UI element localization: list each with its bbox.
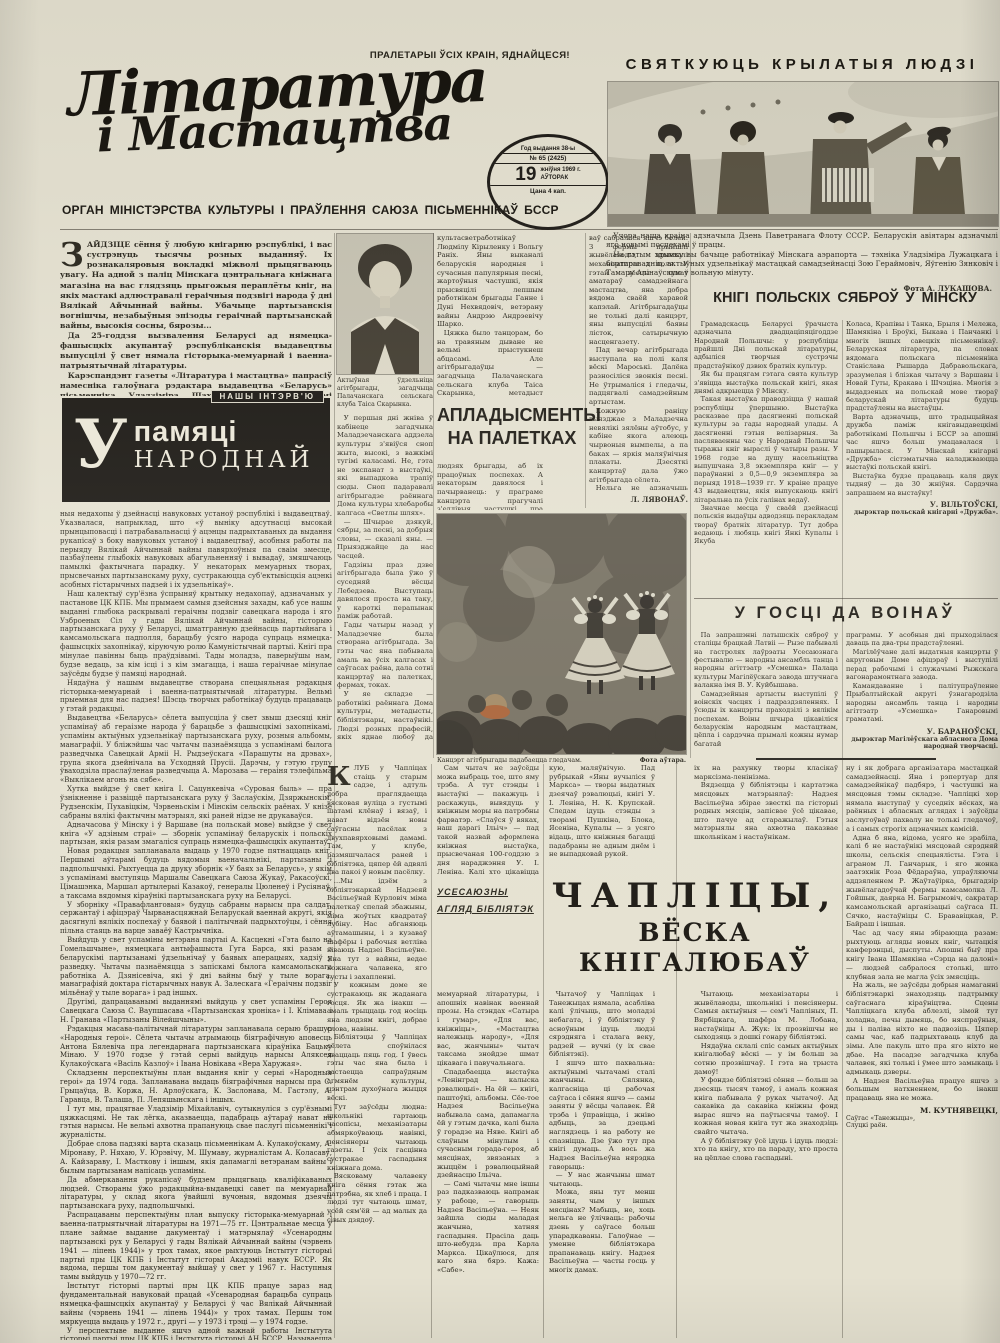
applause-headline: АПЛАДЫСМЕНТЫ НА ПАЛЕТКАХ — [437, 404, 587, 449]
chaplitsy-col-d-bottom: Чытаюць механізатары і жывёлаводы, школь… — [694, 990, 838, 1340]
soldiers-col-right: праграмы. У асобныя дні прыходзілася дав… — [846, 631, 998, 755]
interview-lead: ЗАЙДЗІЦЕ сёння ў любую кнігарню рэспублі… — [60, 240, 332, 396]
title-line2: і Мастацтва — [96, 98, 499, 158]
column-rule — [842, 320, 843, 1338]
polish-books-text: Коласа, Крапівы і Танка, Брыля і Мележа,… — [846, 320, 998, 497]
chaplitsy-col-c-bottom: Чытачоў у Чапліцах і Танежыцах нямала, а… — [549, 990, 655, 1340]
interview-lead-first: АЙДЗІЦЕ сёння ў любую кнігарню рэспублік… — [60, 240, 332, 330]
applause-signature: Л. ЛЯВОНАЎ. — [589, 495, 688, 504]
chaplitsy-col-b-bottom: мемуарнай літаратуры, і апошніх навінак … — [437, 990, 539, 1340]
soldiers-signature-role: дырэктар Магілёўскага абласнога Дома нар… — [846, 736, 998, 750]
chaplitsy-col-b-top: Сам чытач не заўсёды можа выбраць тое, ш… — [437, 764, 539, 876]
applause-headline-line2: НА ПАЛЕТКАХ — [437, 427, 587, 450]
column-rule — [431, 764, 432, 1338]
section-divider-thick — [756, 758, 936, 760]
polish-books-col-left: Грамадскасць Беларусі ўрачыста адзначыла… — [694, 320, 838, 596]
soldiers-text: праграмы. У асобныя дні прыходзілася дав… — [846, 631, 998, 724]
chaplitsy-col-e-text: ну і як добрага арганізатара мастацкай с… — [846, 764, 998, 1103]
issue-day: 19 — [515, 165, 536, 184]
chaplitsy-headline-line1: ЧАПЛІЦЫ, — [545, 878, 845, 915]
interview-title-pamyatsi: памяці — [134, 418, 314, 447]
polish-books-signature: У. ВІЛЬТОЎСКІ, — [846, 500, 998, 509]
applause-col-mid-cont: людзях брыгады, аб іх працоўных поспехах… — [437, 462, 543, 510]
soldiers-signature: У. БАРАНОЎСКІ, — [846, 727, 998, 736]
soldiers-headline: У ГОСЦІ ДА ВОІНАЎ — [692, 604, 998, 623]
interview-title-u: У — [74, 414, 128, 474]
interview-body: ныя недахопы ў дзейнасці навуковых устан… — [60, 510, 332, 1340]
library-review-tag-line2: АГЛЯД БІБЛІЯТЭК — [437, 904, 534, 914]
chaplitsy-col-d-top: іх на рахунку творы класікаў марксізма-л… — [694, 764, 838, 872]
library-review-tag: УСЕСАЮЗНЫ АГЛЯД БІБЛІЯТЭК — [437, 884, 541, 918]
chaplitsy-headline: ЧАПЛІЦЫ, ВЁСКА КНІГАЛЮБАЎ — [545, 878, 845, 978]
issue-month-year: жніўня 1969 г. — [540, 167, 580, 173]
portrait-caption: Актыўная ўдзельніца агітбрыгады, загадчы… — [337, 377, 433, 409]
applause-headline-line1: АПЛАДЫСМЕНТЫ — [437, 404, 587, 427]
chaplitsy-signature-place: Саўгас «Танежыцы», — [846, 1115, 998, 1122]
polish-books-headline: КНІГІ ПОЛЬСКІХ СЯБРОЎ У МІНСКУ — [692, 290, 998, 306]
column-rule — [585, 233, 586, 508]
issue-weekday: АЎТОРАК — [540, 175, 568, 181]
issue-year-line: Год выдання 38-ы — [490, 137, 606, 154]
chaplitsy-col-a: КЛУБ у Чапліцах стаіць у старым садзе, і… — [327, 764, 427, 1340]
photo-portrait-skarynka — [337, 234, 433, 374]
interview-lead-rest: Да 25-годдзя вызвалення Беларусі ад няме… — [60, 331, 332, 396]
column-rule — [433, 233, 434, 758]
applause-col-mid: культасветработнікаў Людмілу Кірыленку і… — [437, 234, 543, 398]
section-divider — [694, 598, 998, 599]
polish-books-signature-role: дырэктар польскай кнігарні «Дружба». — [846, 509, 998, 516]
column-rule — [690, 233, 691, 758]
chaplitsy-col-e: ну і як добрага арганізатара мастацкай с… — [846, 764, 998, 1340]
interview-title-banner: НАШЫ ІНТЭРВ'Ю У памяці НАРОДНАЙ — [62, 398, 330, 502]
library-review-tag-line1: УСЕСАЮЗНЫ — [437, 887, 508, 897]
interview-rubric-tag: НАШЫ ІНТЭРВ'Ю — [211, 390, 325, 403]
column-rule — [676, 764, 677, 1338]
interview-dropcap: З — [60, 240, 87, 268]
photo-dancers — [437, 514, 686, 754]
interview-title-narodnay: НАРОДНАЙ — [134, 447, 314, 474]
issue-number: № 65 (2425) — [490, 154, 606, 164]
chaplitsy-headline-line2: ВЁСКА КНІГАЛЮБАЎ — [545, 918, 845, 978]
applause-col-right: ваў сабралася яшчэ болей. З фермы прыйшл… — [589, 234, 688, 490]
issue-price: Цана 4 кап. — [490, 186, 606, 195]
column-rule — [543, 764, 544, 1338]
aviators-headline: СВЯТКУЮЦЬ КРЫЛАТЫЯ ЛЮДЗІ — [606, 56, 998, 73]
dancers-photo-credit: Фота аўтара. — [640, 757, 686, 764]
chaplitsy-signature-district: Слуцкі раён. — [846, 1122, 998, 1129]
chaplitsy-signature: М. КУТНЯВЕЦКІ, — [846, 1106, 998, 1115]
soldiers-col-left: Па запрашэнні латышскіх сяброў у сталіцы… — [694, 631, 838, 755]
masthead-divider — [60, 229, 998, 230]
photo-portrait-art — [337, 234, 433, 374]
newspaper-title: Літаратура і Мастацтва — [66, 51, 499, 160]
chaplitsy-col-c-top: кую, маляўнічую. Пад рубрыкай «Яны вучыл… — [549, 764, 655, 876]
polish-books-col-right: Коласа, Крапівы і Танка, Брыля і Мележа,… — [846, 320, 998, 596]
photo-aviators — [608, 82, 998, 226]
photo-aviators-art — [608, 82, 998, 226]
dancers-caption-row: Канцэрт агітбрыгады падабаецца гледачам.… — [437, 757, 686, 764]
photo-dancers-art — [437, 514, 686, 754]
chaplitsy-col-a-rest: ...Мы ідзём з бібліятэкаркай Надзеяй Вас… — [327, 877, 427, 1225]
dancers-caption: Канцэрт агітбрыгады падабаецца гледачам. — [437, 757, 582, 764]
chaplitsy-dropcap: К — [327, 764, 354, 788]
organ-line: ОРГАН МІНІСТЭРСТВА КУЛЬТУРЫ І ПРАЎЛЕННЯ … — [62, 203, 610, 217]
applause-col-left: У першыя дні жніва ў кабінеце загадчыка … — [337, 414, 433, 742]
newspaper-page: ПРАЛЕТАРЫІ ЎСІХ КРАІН, ЯДНАЙЦЕСЯ! Літара… — [0, 0, 1000, 1343]
